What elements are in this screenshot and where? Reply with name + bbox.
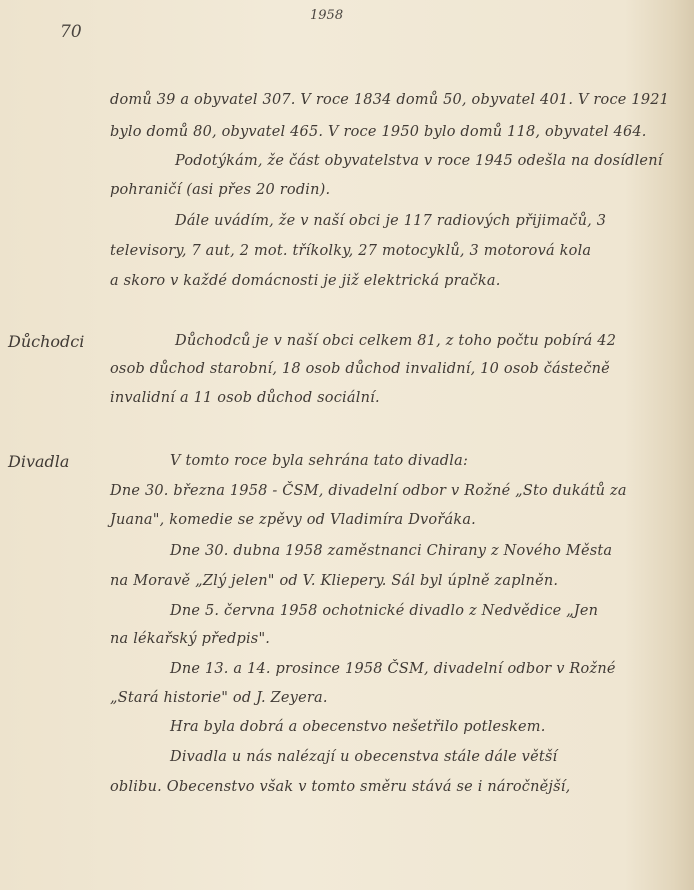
population-line: bylo domů 80, obyvatel 465. V roce 1950 … bbox=[110, 124, 647, 140]
page-number: 70 bbox=[60, 22, 82, 42]
pensions-line: osob důchod starobní, 18 osob důchod inv… bbox=[110, 361, 610, 377]
theatre-line: na lékařský předpis". bbox=[110, 631, 270, 647]
chronicle-page: 70 1958 domů 39 a obyvatel 307. V roce 1… bbox=[0, 0, 694, 890]
margin-label-theatre: Divadla bbox=[8, 452, 69, 471]
population-line: domů 39 a obyvatel 307. V roce 1834 domů… bbox=[110, 92, 669, 108]
margin-label-pensions: Důchodci bbox=[8, 332, 84, 351]
theatre-line: Divadla u nás nalézají u obecenstva stál… bbox=[170, 749, 557, 765]
theatre-line: Dne 30. března 1958 - ČSM, divadelní odb… bbox=[110, 483, 627, 499]
pensions-line: Důchodců je v naší obci celkem 81, z toh… bbox=[175, 333, 616, 349]
theatre-line: Dne 13. a 14. prosince 1958 ČSM, divadel… bbox=[170, 661, 616, 677]
theatre-line: „Stará historie" od J. Zeyera. bbox=[110, 690, 328, 706]
population-line: Podotýkám, že část obyvatelstva v roce 1… bbox=[175, 153, 663, 169]
theatre-line: Juana", komedie se zpěvy od Vladimíra Dv… bbox=[110, 512, 476, 528]
theatre-line: V tomto roce byla sehrána tato divadla: bbox=[170, 453, 468, 469]
theatre-line: Dne 30. dubna 1958 zaměstnanci Chirany z… bbox=[170, 543, 612, 559]
theatre-line: oblibu. Obecenstvo však v tomto směru st… bbox=[110, 779, 570, 795]
population-line: televisory, 7 aut, 2 mot. tříkolky, 27 m… bbox=[110, 243, 591, 259]
theatre-line: Hra byla dobrá a obecenstvo nešetřilo po… bbox=[170, 719, 546, 735]
population-line: Dále uvádím, že v naší obci je 117 radio… bbox=[175, 213, 606, 229]
population-line: pohraničí (asi přes 20 rodin). bbox=[110, 182, 330, 198]
theatre-line: Dne 5. června 1958 ochotnické divadlo z … bbox=[170, 603, 598, 619]
theatre-line: na Moravě „Zlý jelen" od V. Kliepery. Sá… bbox=[110, 573, 558, 589]
pensions-line: invalidní a 11 osob důchod sociální. bbox=[110, 390, 380, 406]
population-line: a skoro v každé domácnosti je již elektr… bbox=[110, 273, 501, 289]
year-header: 1958 bbox=[310, 8, 343, 23]
